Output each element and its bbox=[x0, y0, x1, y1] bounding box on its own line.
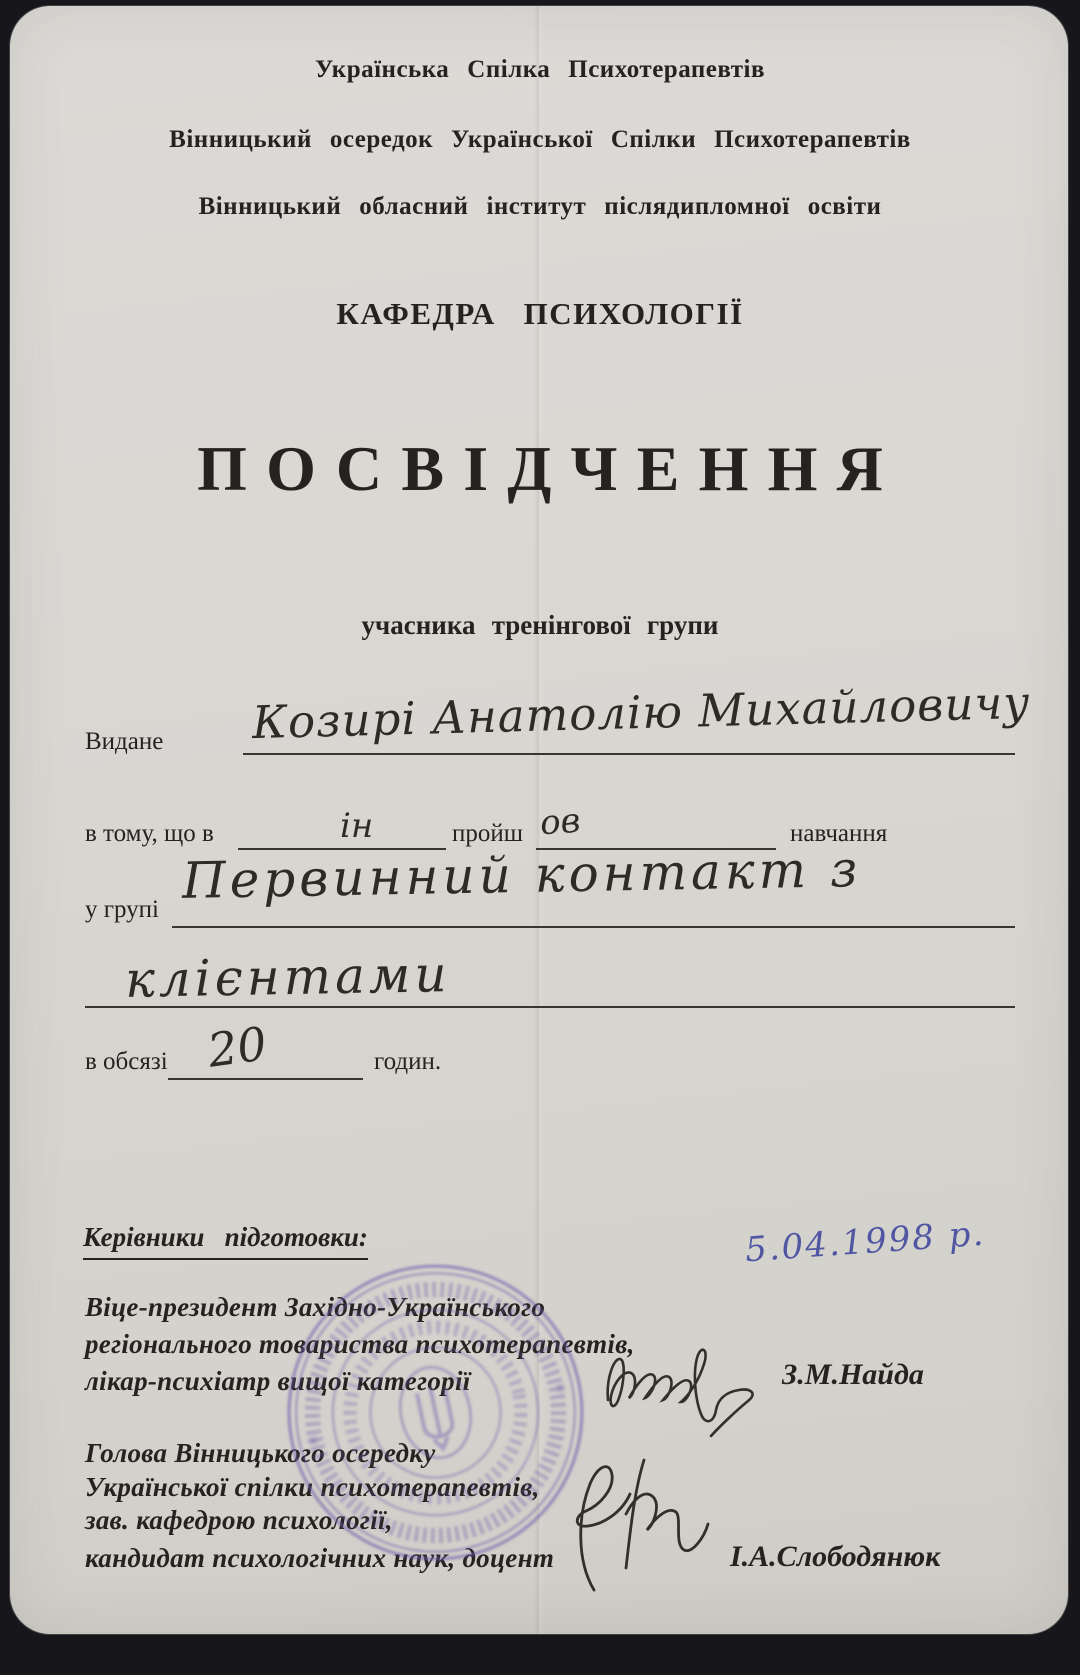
certificate-title: ПОСВІДЧЕННЯ bbox=[0, 432, 1080, 506]
issued-label: Видане bbox=[85, 728, 163, 756]
department-title: КАФЕДРА ПСИХОЛОГІЇ bbox=[0, 296, 1080, 332]
org-line-1: Українська Спілка Психотерапевтів bbox=[0, 56, 1080, 84]
group-handwriting-line2: клієнтами bbox=[125, 945, 451, 1009]
signature-1 bbox=[598, 1336, 808, 1441]
photo-background: Українська Спілка Психотерапевтів Вінниц… bbox=[0, 0, 1080, 1675]
group-handwriting-line1: Первинний контакт з bbox=[182, 840, 862, 910]
svg-text:✳: ✳ bbox=[552, 1379, 569, 1399]
volume-unit: годин. bbox=[374, 1048, 441, 1076]
clause-handwriting-1: ін bbox=[340, 806, 373, 846]
org-line-2: Вінницький осередок Української Спілки П… bbox=[0, 126, 1080, 154]
certificate-subtitle: учасника тренінгової групи bbox=[0, 610, 1080, 641]
leaders-heading: Керівники підготовки: bbox=[83, 1222, 368, 1260]
volume-label: в обсязі bbox=[85, 1048, 168, 1076]
group-underline-1 bbox=[172, 926, 1015, 928]
official-stamp: ✳ ✳ bbox=[255, 1232, 617, 1594]
clause-mid: пройш bbox=[452, 820, 523, 848]
volume-handwriting: 20 bbox=[205, 1016, 270, 1078]
group-label: у групі bbox=[85, 896, 159, 924]
signer2-name: І.А.Слободянюк bbox=[730, 1540, 940, 1574]
signer1-name: З.М.Найда bbox=[782, 1358, 924, 1392]
clause-prefix: в тому, що в bbox=[85, 820, 214, 848]
svg-text:✳: ✳ bbox=[305, 1431, 322, 1451]
volume-underline bbox=[168, 1078, 363, 1080]
issued-underline bbox=[243, 753, 1015, 755]
group-underline-2 bbox=[85, 1006, 1015, 1008]
org-line-3: Вінницький обласний інститут післядиплом… bbox=[0, 193, 1080, 221]
clause-handwriting-2: ов bbox=[539, 801, 582, 844]
